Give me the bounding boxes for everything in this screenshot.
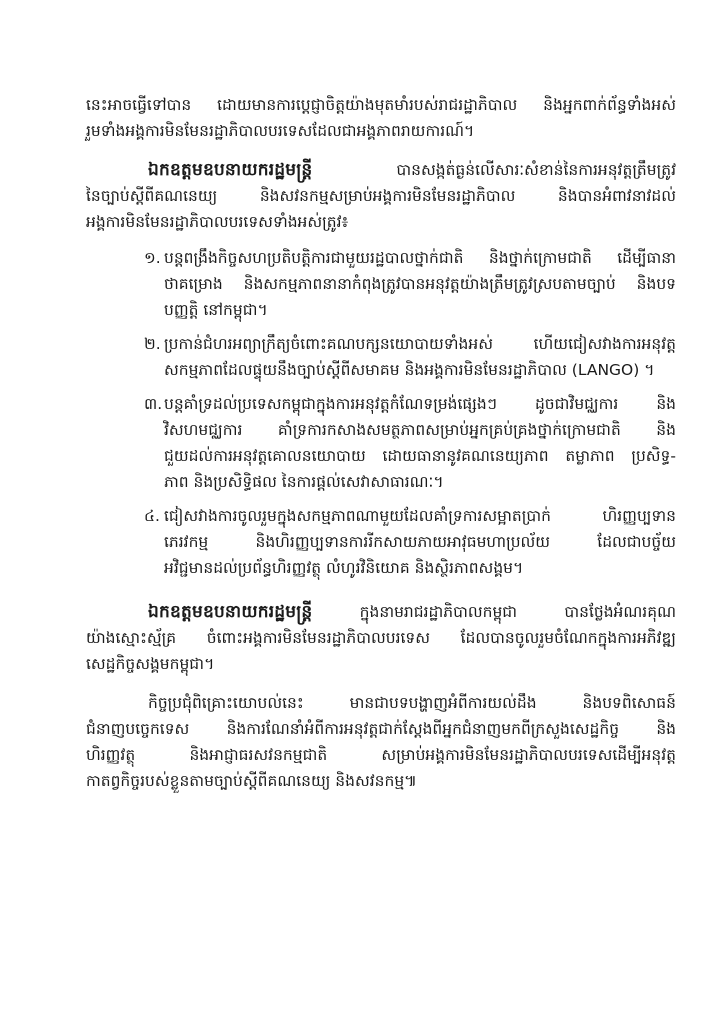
- recommendation-list: ១. បន្តពង្រឹងកិច្ចសហប្រតិបត្តិការជាមួយរដ…: [86, 245, 676, 581]
- text-line: ហិរញ្ញវត្ថុ និងអាជ្ញាធរសវនកម្មជាតិ សម្រា…: [86, 742, 676, 768]
- list-number: ១.: [144, 245, 166, 271]
- text-line: បន្តពង្រឹងកិច្ចសហប្រតិបត្តិការជាមួយរដ្ឋប…: [164, 245, 676, 271]
- text-line: អវិជ្ជមានដល់ប្រព័ន្ធហិរញ្ញវត្ថុ លំហូរវិន…: [164, 555, 676, 581]
- text-line: នេះអាចធ្វើទៅបាន ដោយមានការប្តេជ្ញាចិត្តយ៉…: [86, 92, 676, 118]
- list-item: ១. បន្តពង្រឹងកិច្ចសហប្រតិបត្តិការជាមួយរដ…: [86, 245, 676, 323]
- list-item: ៣. បន្តគាំទ្រដល់ប្រទេសកម្ពុជាក្នុងការអនុ…: [86, 391, 676, 495]
- list-number: ២.: [144, 331, 166, 357]
- text-line: ជៀសវាងការចូលរួមក្នុងសកម្មភាពណាមួយដែលគាំទ…: [164, 503, 676, 529]
- text-fragment: ក្នុងនាមរាជរដ្ឋាភិបាលកម្ពុជា បានថ្លែងអំណ…: [360, 603, 676, 621]
- text-line: សេដ្ឋកិច្ចសង្គមកម្ពុជា។: [86, 651, 676, 677]
- pm-emphasis-paragraph: ឯកឧត្តមឧបនាយករដ្ឋមន្ត្រី បានសង្កត់ធ្ងន់ល…: [86, 157, 676, 235]
- intro-paragraph: នេះអាចធ្វើទៅបាន ដោយមានការប្តេជ្ញាចិត្តយ៉…: [86, 92, 676, 144]
- text-line: ឯកឧត្តមឧបនាយករដ្ឋមន្ត្រី បានសង្កត់ធ្ងន់ល…: [86, 157, 676, 183]
- pm-title: ឯកឧត្តមឧបនាយករដ្ឋមន្ត្រី: [148, 160, 312, 180]
- text-line: អង្គការមិនមែនរដ្ឋាភិបាលបរទេសទាំងអស់ត្រូវ…: [86, 209, 676, 235]
- text-line: បញ្ញត្តិ នៅកម្ពុជា។: [164, 297, 676, 323]
- text-line: ភាព និងប្រសិទ្ធិផល នៃការផ្តល់សេវាសាធារណៈ…: [164, 469, 676, 495]
- text-line: កិច្ចប្រជុំពិគ្រោះយោបល់នេះ មានជាបទបង្ហាញ…: [86, 690, 676, 716]
- text-line: វិសហមជ្ឈការ គាំទ្រការកសាងសមត្ថភាពសម្រាប់…: [164, 417, 676, 443]
- document-page: នេះអាចធ្វើទៅបាន ដោយមានការប្តេជ្ញាចិត្តយ៉…: [0, 0, 724, 1024]
- text-line: នៃច្បាប់ស្តីពីគណនេយ្យ និងសវនកម្មសម្រាប់អ…: [86, 183, 676, 209]
- list-item: ៤. ជៀសវាងការចូលរួមក្នុងសកម្មភាពណាមួយដែលគ…: [86, 503, 676, 581]
- meeting-summary-paragraph: កិច្ចប្រជុំពិគ្រោះយោបល់នេះ មានជាបទបង្ហាញ…: [86, 690, 676, 794]
- list-item: ២. ប្រកាន់ជំហរអព្យាក្រឹត្យចំពោះគណបក្សនយោ…: [86, 331, 676, 383]
- text-line: ថាគម្រោង និងសកម្មភាពនានាកំពុងត្រូវបានអនុ…: [164, 271, 676, 297]
- text-line: យ៉ាងស្មោះស្ម័គ្រ ចំពោះអង្គការមិនមែនរដ្ឋា…: [86, 625, 676, 651]
- text-fragment: បានសង្កត់ធ្ងន់លើសារៈសំខាន់នៃការអនុវត្តត្…: [396, 161, 676, 179]
- text-line: ឯកឧត្តមឧបនាយករដ្ឋមន្ត្រី ក្នុងនាមរាជរដ្ឋ…: [86, 599, 676, 625]
- text-line: ជំនាញបច្ចេកទេស និងការណែនាំអំពីការអនុវត្ត…: [86, 716, 676, 742]
- pm-thanks-paragraph: ឯកឧត្តមឧបនាយករដ្ឋមន្ត្រី ក្នុងនាមរាជរដ្ឋ…: [86, 599, 676, 677]
- list-number: ៤.: [144, 503, 166, 529]
- text-line: ភេរវកម្ម និងហិរញ្ញប្បទានការរីកសាយភាយអាវុ…: [164, 529, 676, 555]
- document-body: នេះអាចធ្វើទៅបាន ដោយមានការប្តេជ្ញាចិត្តយ៉…: [86, 92, 676, 794]
- text-line: រួមទាំងអង្គការមិនមែនរដ្ឋាភិបាលបរទេសដែលជា…: [86, 118, 676, 144]
- text-line: កាតព្វកិច្ចរបស់ខ្លួនតាមច្បាប់ស្តីពីគណនេយ…: [86, 768, 676, 794]
- pm-title: ឯកឧត្តមឧបនាយករដ្ឋមន្ត្រី: [148, 602, 312, 622]
- list-number: ៣.: [144, 391, 166, 417]
- text-line: ជួយដល់ការអនុវត្តគោលនយោបាយ ដោយធានានូវគណនេ…: [164, 443, 676, 469]
- text-line: បន្តគាំទ្រដល់ប្រទេសកម្ពុជាក្នុងការអនុវត្…: [164, 391, 676, 417]
- text-line: ប្រកាន់ជំហរអព្យាក្រឹត្យចំពោះគណបក្សនយោបាយ…: [164, 331, 676, 357]
- text-line: សកម្មភាពដែលផ្ទុយនឹងច្បាប់ស្តីពីសមាគម និង…: [164, 357, 676, 383]
